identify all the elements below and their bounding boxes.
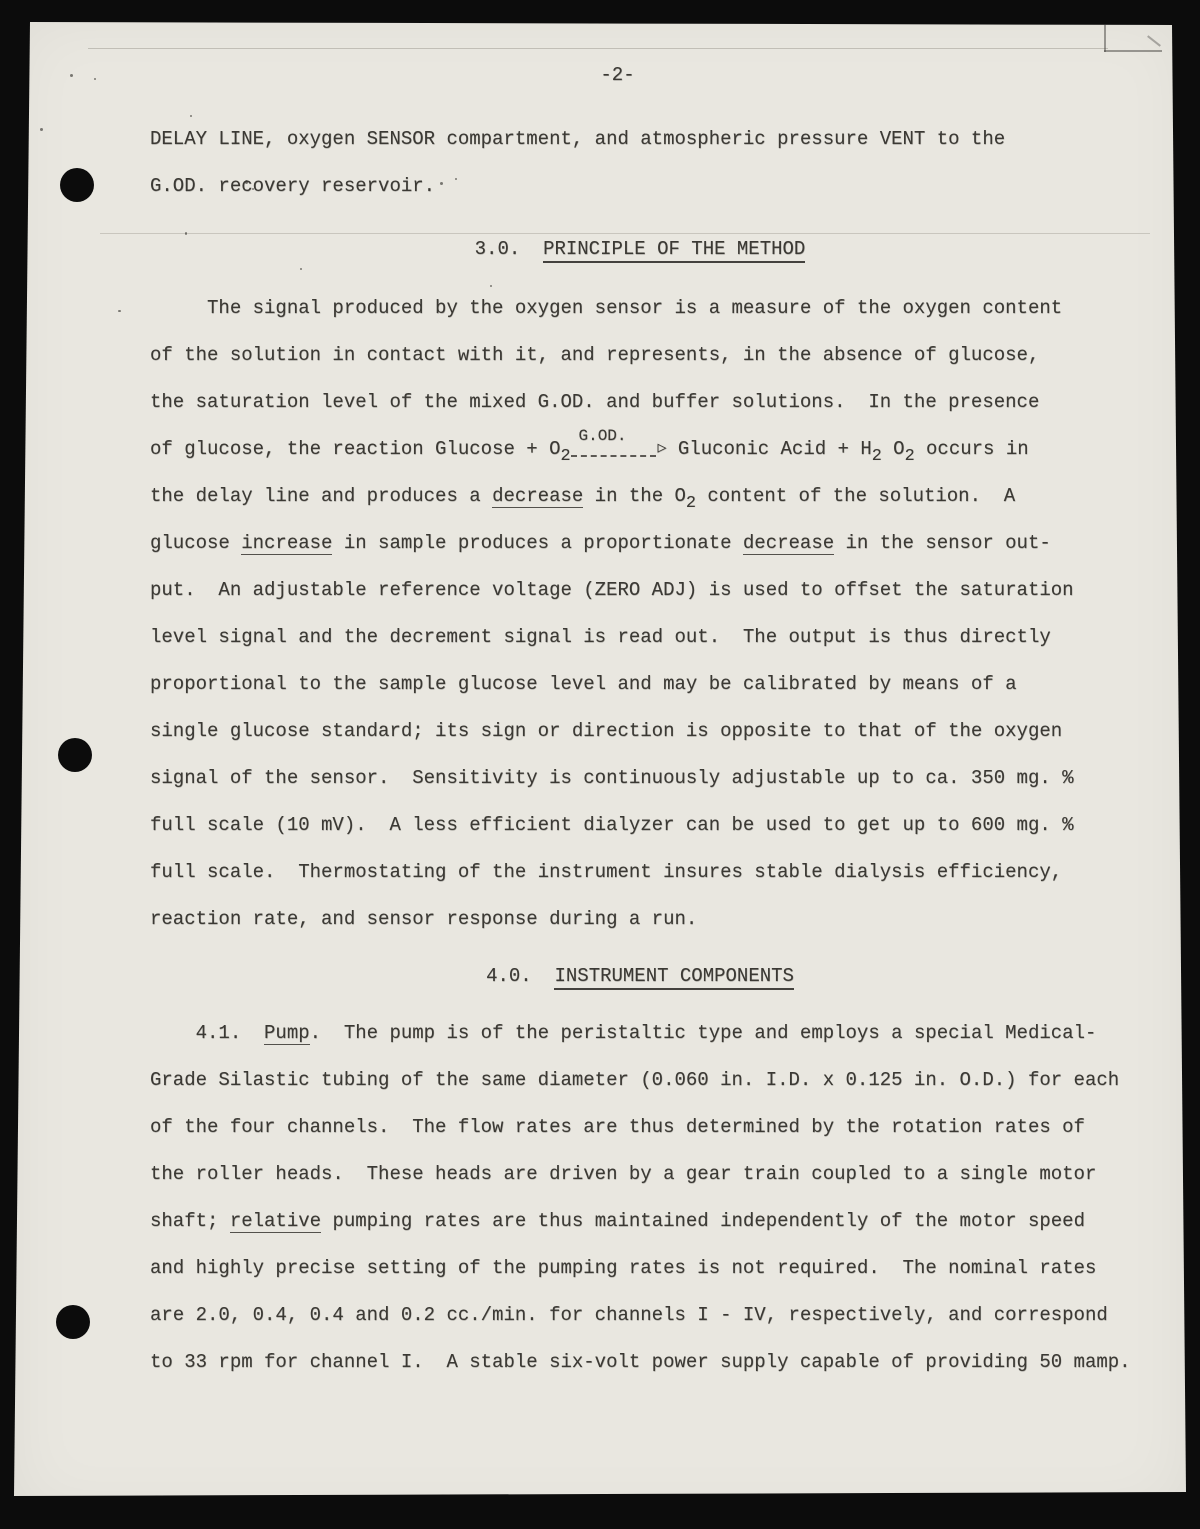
text-segment: in the sensor out- — [834, 532, 1051, 554]
heading-title: PRINCIPLE OF THE METHOD — [543, 238, 805, 263]
text-segment: The signal produced by the oxygen sensor… — [150, 297, 1062, 319]
paragraph: The signal produced by the oxygen sensor… — [150, 285, 1130, 943]
document-body: DELAY LINE, oxygen SENSOR compartment, a… — [150, 116, 1130, 1386]
text-line: the delay line and produces a decrease i… — [150, 473, 1130, 520]
text-line: the roller heads. These heads are driven… — [150, 1151, 1130, 1198]
text-segment: in the O — [583, 485, 686, 507]
text-line: G.OD. recovery reservoir. — [150, 163, 1130, 210]
paper-speck — [118, 310, 121, 312]
text-segment: Gluconic Acid + H — [667, 438, 872, 460]
paper-speck — [40, 128, 43, 131]
paper-speck — [94, 78, 96, 80]
section-heading: 3.0. PRINCIPLE OF THE METHOD — [150, 226, 1130, 273]
page-number: -2- — [150, 0, 1130, 99]
text-segment: the delay line and produces a — [150, 485, 492, 507]
text-line: DELAY LINE, oxygen SENSOR compartment, a… — [150, 116, 1130, 163]
text-segment: G.OD. recovery reservoir. — [150, 175, 435, 197]
text-segment: signal of the sensor. Sensitivity is con… — [150, 767, 1074, 789]
text-segment: full scale. Thermostating of the instrum… — [150, 861, 1062, 883]
text-line: signal of the sensor. Sensitivity is con… — [150, 755, 1130, 802]
text-segment: the saturation level of the mixed G.OD. … — [150, 391, 1039, 413]
reaction-arrow-shaft — [571, 455, 656, 457]
text-segment: O — [882, 438, 905, 460]
text-line: 4.1. Pump. The pump is of the peristalti… — [150, 1010, 1130, 1057]
reaction-arrow-head-icon: ▷ — [657, 439, 666, 459]
text-line: of the four channels. The flow rates are… — [150, 1104, 1130, 1151]
text-line: single glucose standard; its sign or dir… — [150, 708, 1130, 755]
text-line: glucose increase in sample produces a pr… — [150, 520, 1130, 567]
text-line: of glucose, the reaction Glucose + O2G.O… — [150, 426, 1130, 473]
text-segment: 2 — [686, 494, 696, 513]
section-heading: 4.0. INSTRUMENT COMPONENTS — [150, 953, 1130, 1000]
text-segment: Grade Silastic tubing of the same diamet… — [150, 1069, 1119, 1091]
corner-pencil-mark — [1147, 35, 1161, 46]
text-segment: 4.1. — [150, 1022, 264, 1044]
text-segment: proportional to the sample glucose level… — [150, 673, 1017, 695]
text-segment: DELAY LINE, oxygen SENSOR compartment, a… — [150, 128, 1005, 150]
paragraph: 4.1. Pump. The pump is of the peristalti… — [150, 1010, 1130, 1386]
text-segment: glucose — [150, 532, 241, 554]
text-line: are 2.0, 0.4, 0.4 and 0.2 cc./min. for c… — [150, 1292, 1130, 1339]
punch-hole — [58, 738, 92, 772]
heading-title: INSTRUMENT COMPONENTS — [554, 965, 793, 990]
text-line: full scale. Thermostating of the instrum… — [150, 849, 1130, 896]
text-line: the saturation level of the mixed G.OD. … — [150, 379, 1130, 426]
text-segment: full scale (10 mV). A less efficient dia… — [150, 814, 1074, 836]
text-segment: level signal and the decrement signal is… — [150, 626, 1051, 648]
text-segment: of glucose, the reaction Glucose + O — [150, 438, 560, 460]
text-segment: and highly precise setting of the pumpin… — [150, 1257, 1096, 1279]
heading-number: 3.0. — [475, 238, 521, 260]
text-line: reaction rate, and sensor response durin… — [150, 896, 1130, 943]
text-segment: content of the solution. A — [696, 485, 1015, 507]
text-segment: reaction rate, and sensor response durin… — [150, 908, 697, 930]
text-segment: decrease — [743, 532, 834, 555]
text-segment: pumping rates are thus maintained indepe… — [321, 1210, 1085, 1232]
text-segment: shaft; — [150, 1210, 230, 1232]
text-segment: decrease — [492, 485, 583, 508]
heading-number: 4.0. — [486, 965, 532, 987]
text-segment: Pump — [264, 1022, 310, 1045]
text-line: to 33 rpm for channel I. A stable six-vo… — [150, 1339, 1130, 1386]
text-line: level signal and the decrement signal is… — [150, 614, 1130, 661]
text-segment: occurs in — [915, 438, 1029, 460]
punch-hole — [56, 1305, 90, 1339]
text-segment: of the solution in contact with it, and … — [150, 344, 1039, 366]
text-segment: 2 — [905, 447, 915, 466]
text-segment: the roller heads. These heads are driven… — [150, 1163, 1096, 1185]
text-segment: in sample produces a proportionate — [332, 532, 742, 554]
text-segment: relative — [230, 1210, 321, 1233]
text-segment: . The pump is of the peristaltic type an… — [310, 1022, 1097, 1044]
punch-hole — [60, 168, 94, 202]
paragraph: DELAY LINE, oxygen SENSOR compartment, a… — [150, 116, 1130, 210]
text-line: of the solution in contact with it, and … — [150, 332, 1130, 379]
text-segment: 2 — [560, 447, 570, 466]
text-segment: increase — [241, 532, 332, 555]
text-segment: put. An adjustable reference voltage (ZE… — [150, 579, 1074, 601]
text-segment: to 33 rpm for channel I. A stable six-vo… — [150, 1351, 1131, 1373]
text-line: shaft; relative pumping rates are thus m… — [150, 1198, 1130, 1245]
text-segment: 2 — [872, 447, 882, 466]
scan-background: -2- DELAY LINE, oxygen SENSOR compartmen… — [0, 0, 1200, 1529]
text-line: full scale (10 mV). A less efficient dia… — [150, 802, 1130, 849]
reaction-arrow: G.OD.▷ — [571, 426, 667, 473]
text-line: proportional to the sample glucose level… — [150, 661, 1130, 708]
document-page: -2- DELAY LINE, oxygen SENSOR compartmen… — [0, 0, 1200, 1529]
text-line: Grade Silastic tubing of the same diamet… — [150, 1057, 1130, 1104]
paper-speck — [70, 74, 73, 77]
text-segment: are 2.0, 0.4, 0.4 and 0.2 cc./min. for c… — [150, 1304, 1108, 1326]
text-segment: single glucose standard; its sign or dir… — [150, 720, 1062, 742]
text-line: put. An adjustable reference voltage (ZE… — [150, 567, 1130, 614]
text-line: and highly precise setting of the pumpin… — [150, 1245, 1130, 1292]
document-content: -2- DELAY LINE, oxygen SENSOR compartmen… — [150, 0, 1130, 1386]
reaction-arrow-label: G.OD. — [579, 428, 627, 444]
text-segment: of the four channels. The flow rates are… — [150, 1116, 1085, 1138]
text-line: The signal produced by the oxygen sensor… — [150, 285, 1130, 332]
